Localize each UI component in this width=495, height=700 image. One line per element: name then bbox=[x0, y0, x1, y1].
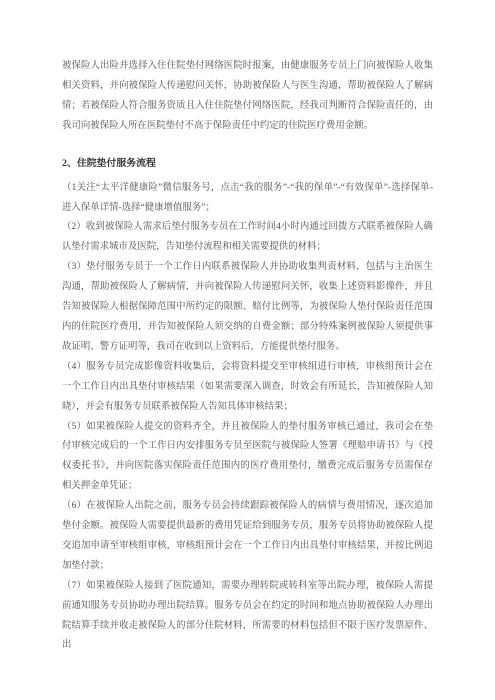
service-step-3: （3）垫付服务专员于一个工作日内联系被保险人并协助收集判责材料，包括与主治医生沟… bbox=[62, 258, 433, 358]
document-page: 被保险人出险并选择入住住院垫付网络医院时报案，由健康服务专员上门向被保险人收集相… bbox=[0, 0, 495, 700]
service-step-7: （7）如果被保险人接到了医院通知，需要办理转院或转科室等出院办理，被保险人需提前… bbox=[62, 577, 433, 657]
service-step-2: （2）收到被保险人需求后垫付服务专员在工作时间4小时内通过回拨方式联系被保险人确… bbox=[62, 218, 433, 258]
service-step-1: （1关注“太平洋健康险”微信服务号，点击“我的服务”-“我的保单”-“有效保单”… bbox=[62, 179, 433, 219]
intro-paragraph: 被保险人出险并选择入住住院垫付网络医院时报案，由健康服务专员上门向被保险人收集相… bbox=[62, 57, 433, 137]
service-step-5: （5）如果被保险人提交的资料齐全，并且被保险人的垫付服务审核已通过，我司会在垫付… bbox=[62, 418, 433, 498]
service-step-4: （4）服务专员完成影像资料收集后，会将资料提交至审核组进行审核，审核组预计会在一… bbox=[62, 358, 433, 418]
section-heading: 2、住院垫付服务流程 bbox=[62, 157, 433, 170]
service-step-6: （6）在被保险人出院之前，服务专员会持续跟踪被保险人的病情与费用情况，逐次追加垫… bbox=[62, 497, 433, 577]
